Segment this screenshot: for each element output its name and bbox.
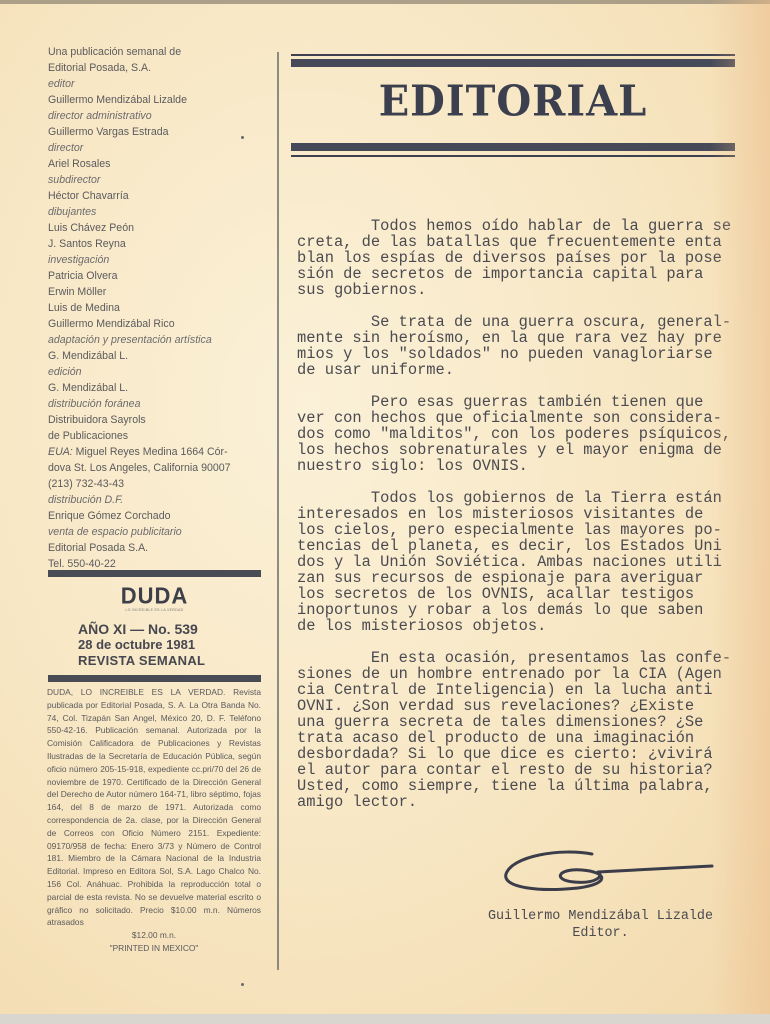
masthead-name: Luis Chávez Peón [48, 220, 273, 236]
magazine-page: Una publicación semanal deEditorial Posa… [0, 0, 770, 1014]
issue-date: 28 de octubre 1981 [78, 637, 205, 653]
editorial-paragraph: Se trata de una guerra oscura, general- … [297, 314, 757, 378]
logo-tagline: LO INCREIBLE ES LA VERDAD [48, 608, 261, 612]
issue-info: AÑO XI — No. 539 28 de octubre 1981 REVI… [78, 621, 205, 669]
editorial-headline: EDITORIAL [291, 77, 735, 126]
masthead-name: Distribuidora Sayrols [48, 412, 273, 428]
masthead-name: Enrique Gómez Corchado [48, 508, 273, 524]
signer-name: Guillermo Mendizábal Lizalde [468, 908, 733, 925]
signer-title: Editor. [468, 925, 733, 942]
back-issue-price: $12.00 m.n. [47, 929, 261, 942]
print-speck [241, 136, 244, 139]
headline-rule-thin-bottom [291, 155, 735, 157]
headline-rule-thin-top [291, 54, 735, 56]
masthead-credits: Una publicación semanal deEditorial Posa… [48, 44, 273, 572]
editorial-body: Todos hemos oído hablar de la guerra se … [297, 218, 757, 826]
masthead-name: Patricia Olvera [48, 268, 273, 284]
column-divider [277, 52, 279, 970]
masthead-name: G. Mendizábal L. [48, 380, 273, 396]
duda-logo: DUDA [48, 582, 261, 609]
issue-number: AÑO XI — No. 539 [78, 621, 205, 637]
masthead-name: (213) 732-43-43 [48, 476, 273, 492]
masthead-role: editor [48, 76, 273, 92]
masthead-role: director administrativo [48, 108, 273, 124]
masthead-name: Editorial Posada, S.A. [48, 60, 273, 76]
editorial-paragraph: Todos los gobiernos de la Tierra están i… [297, 490, 757, 634]
printed-in-mexico: "PRINTED IN MEXICO" [47, 942, 261, 955]
masthead-role: dibujantes [48, 204, 273, 220]
editorial-paragraph: Todos hemos oído hablar de la guerra se … [297, 218, 757, 298]
divider-bar-top [48, 570, 261, 577]
issue-type: REVISTA SEMANAL [78, 653, 205, 669]
masthead-name: Ariel Rosales [48, 156, 273, 172]
masthead-name: EUA: Miguel Reyes Medina 1664 Cór- [48, 444, 273, 460]
divider-bar-bottom [48, 675, 261, 682]
masthead-name: Erwin Möller [48, 284, 273, 300]
editorial-paragraph: En esta ocasión, presentamos las confe- … [297, 650, 757, 810]
masthead-name: dova St. Los Angeles, California 90007 [48, 460, 273, 476]
masthead-role: investigación [48, 252, 273, 268]
masthead-name: Una publicación semanal de [48, 44, 273, 60]
headline-rule-thick-top [291, 59, 735, 67]
masthead-role: director [48, 140, 273, 156]
masthead-role: distribución D.F. [48, 492, 273, 508]
masthead-role: distribución foránea [48, 396, 273, 412]
masthead-name: Editorial Posada S.A. [48, 540, 273, 556]
masthead-role: subdirector [48, 172, 273, 188]
masthead-label: EUA: [48, 446, 73, 458]
masthead-role: adaptación y presentación artística [48, 332, 273, 348]
legal-notice: DUDA, LO INCREIBLE ES LA VERDAD. Revista… [47, 686, 261, 955]
masthead-name: Guillermo Mendizábal Lizalde [48, 92, 273, 108]
masthead-name: J. Santos Reyna [48, 236, 273, 252]
page-top-edge [0, 0, 770, 4]
print-speck [241, 983, 244, 986]
headline-rule-thick-bottom [291, 143, 735, 151]
masthead-name: de Publicaciones [48, 428, 273, 444]
masthead-role: edición [48, 364, 273, 380]
signer-block: Guillermo Mendizábal Lizalde Editor. [468, 908, 733, 942]
editorial-paragraph: Pero esas guerras también tienen que ver… [297, 394, 757, 474]
masthead-name: Guillermo Mendizábal Rico [48, 316, 273, 332]
masthead-name: Luis de Medina [48, 300, 273, 316]
masthead-name: Héctor Chavarría [48, 188, 273, 204]
legal-text: DUDA, LO INCREIBLE ES LA VERDAD. Revista… [47, 687, 261, 927]
masthead-role: venta de espacio publicitario [48, 524, 273, 540]
masthead-name: Guillermo Vargas Estrada [48, 124, 273, 140]
handwritten-signature-icon [500, 848, 715, 898]
masthead-name: G. Mendizábal L. [48, 348, 273, 364]
